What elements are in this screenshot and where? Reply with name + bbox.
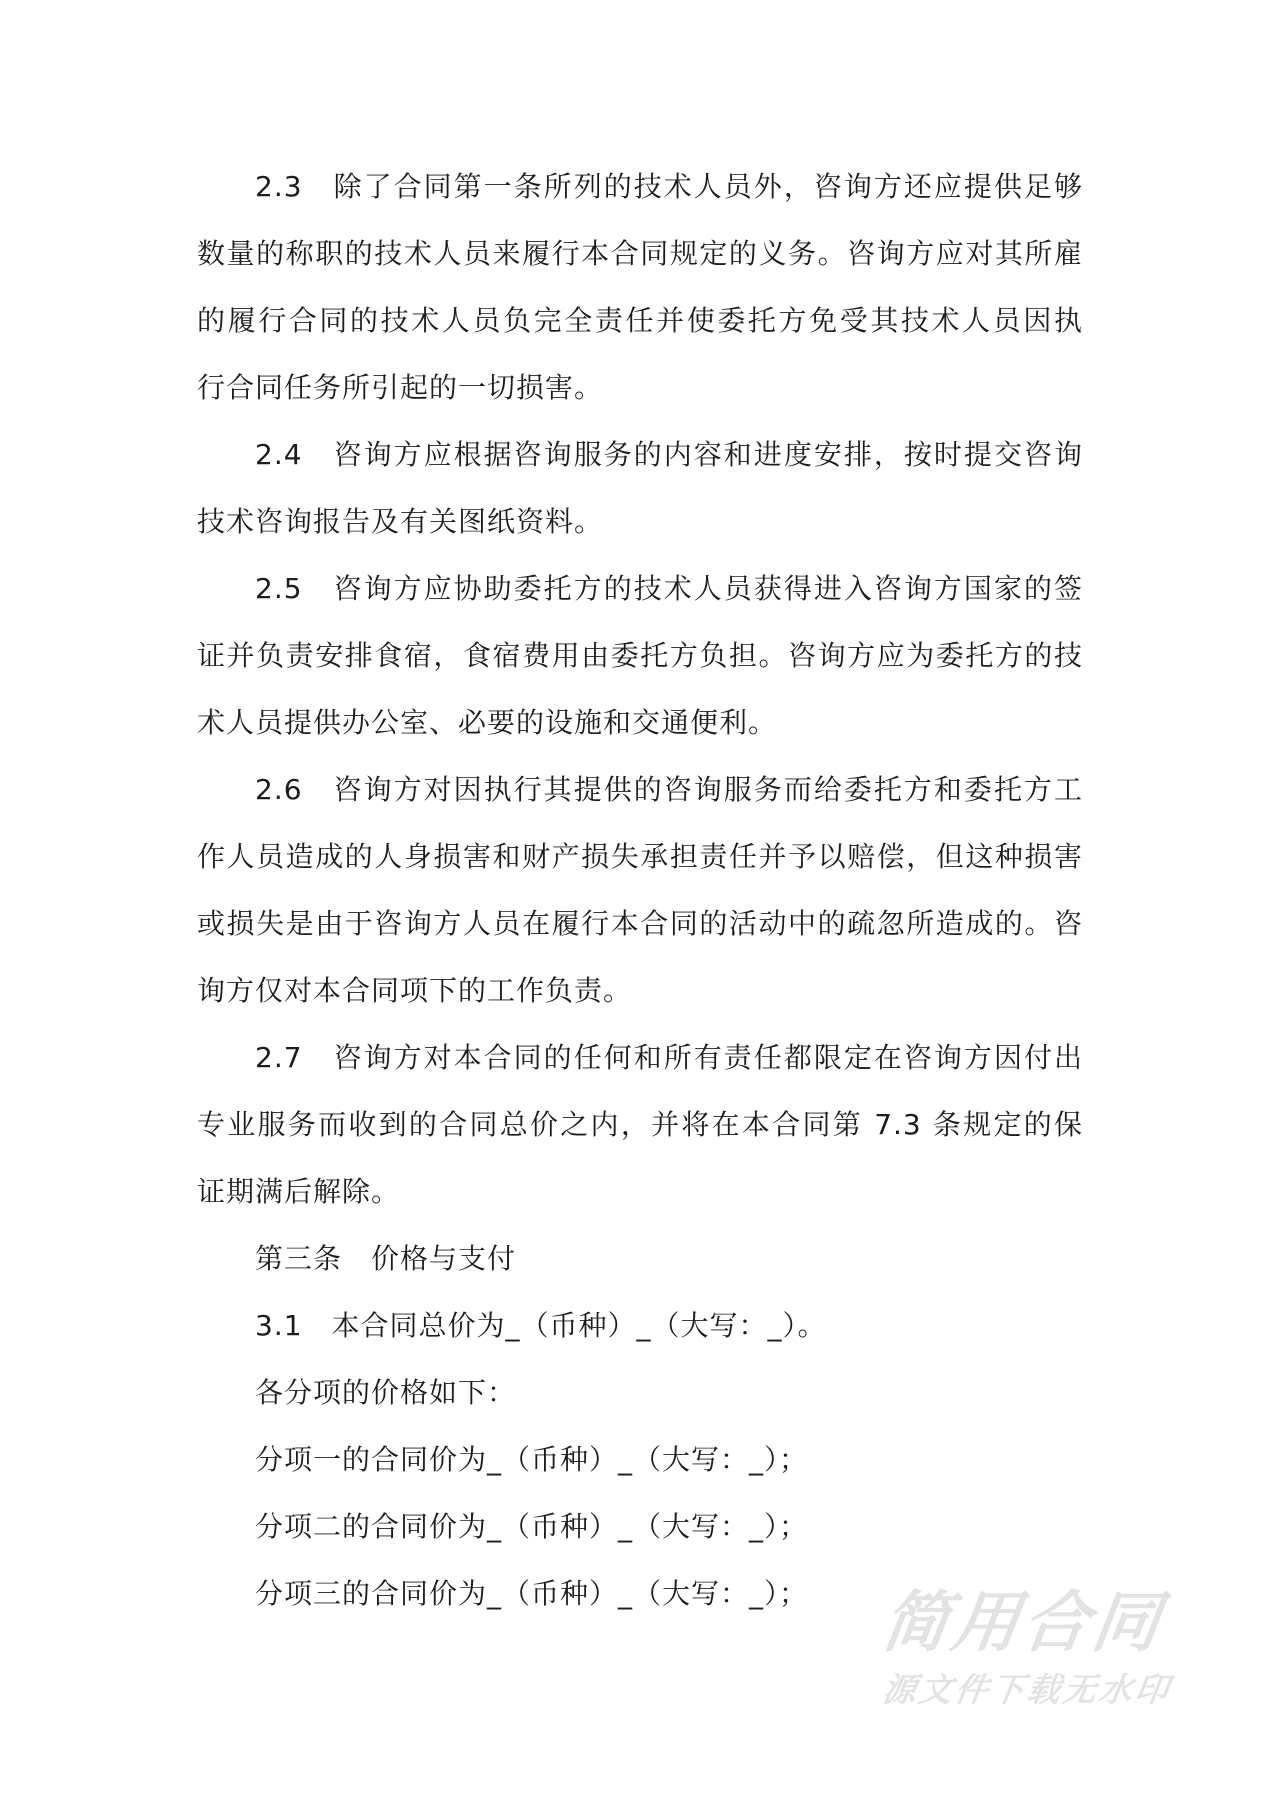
subitem-1-price: 分项一的合同价为_（币种）_（大写：_）； — [255, 1440, 808, 1480]
clause-3-1-total-price: 3.1 本合同总价为_（币种）_（大写：_）。 — [255, 1306, 827, 1346]
clause-2-5-line-1: 2.5 咨询方应协助委托方的技术人员获得进入咨询方国家的签 — [255, 569, 1083, 609]
watermark: 简用合同 源文件下载无水印 — [883, 1588, 1183, 1710]
clause-2-4-line-1: 2.4 咨询方应根据咨询服务的内容和进度安排，按时提交咨询 — [255, 435, 1083, 475]
clause-2-3-line-4: 行合同任务所引起的一切损害。 — [197, 368, 603, 408]
subitem-3-price: 分项三的合同价为_（币种）_（大写：_）； — [255, 1574, 808, 1614]
watermark-subtitle: 源文件下载无水印 — [880, 1670, 1186, 1710]
clause-2-3-line-3: 的履行合同的技术人员负完全责任并使委托方免受其技术人员因执 — [197, 301, 1083, 341]
subitem-prices-intro: 各分项的价格如下： — [255, 1373, 516, 1413]
clause-2-5-line-3: 术人员提供办公室、必要的设施和交通便利。 — [197, 703, 777, 743]
clause-2-6-line-4: 询方仅对本合同项下的工作负责。 — [197, 971, 632, 1011]
clause-2-3-line-1: 2.3 除了合同第一条所列的技术人员外，咨询方还应提供足够 — [255, 167, 1083, 207]
clause-2-7-line-2: 专业服务而收到的合同总价之内，并将在本合同第 7.3 条规定的保 — [197, 1105, 1083, 1145]
document-page: 2.3 除了合同第一条所列的技术人员外，咨询方还应提供足够 数量的称职的技术人员… — [0, 0, 1280, 1810]
clause-2-7-line-1: 2.7 咨询方对本合同的任何和所有责任都限定在咨询方因付出 — [255, 1038, 1083, 1078]
clause-2-3-line-2: 数量的称职的技术人员来履行本合同规定的义务。咨询方应对其所雇 — [197, 234, 1083, 274]
clause-2-7-line-3: 证期满后解除。 — [197, 1172, 400, 1212]
clause-2-6-line-2: 作人员造成的人身损害和财产损失承担责任并予以赔偿，但这种损害 — [197, 837, 1083, 877]
clause-2-6-line-3: 或损失是由于咨询方人员在履行本合同的活动中的疏忽所造成的。咨 — [197, 904, 1083, 944]
article-3-heading: 第三条 价格与支付 — [255, 1239, 516, 1279]
clause-2-6-line-1: 2.6 咨询方对因执行其提供的咨询服务而给委托方和委托方工 — [255, 770, 1083, 810]
clause-2-5-line-2: 证并负责安排食宿，食宿费用由委托方负担。咨询方应为委托方的技 — [197, 636, 1083, 676]
clause-2-4-line-2: 技术咨询报告及有关图纸资料。 — [197, 502, 603, 542]
subitem-2-price: 分项二的合同价为_（币种）_（大写：_）； — [255, 1507, 808, 1547]
watermark-title: 简用合同 — [878, 1588, 1188, 1658]
